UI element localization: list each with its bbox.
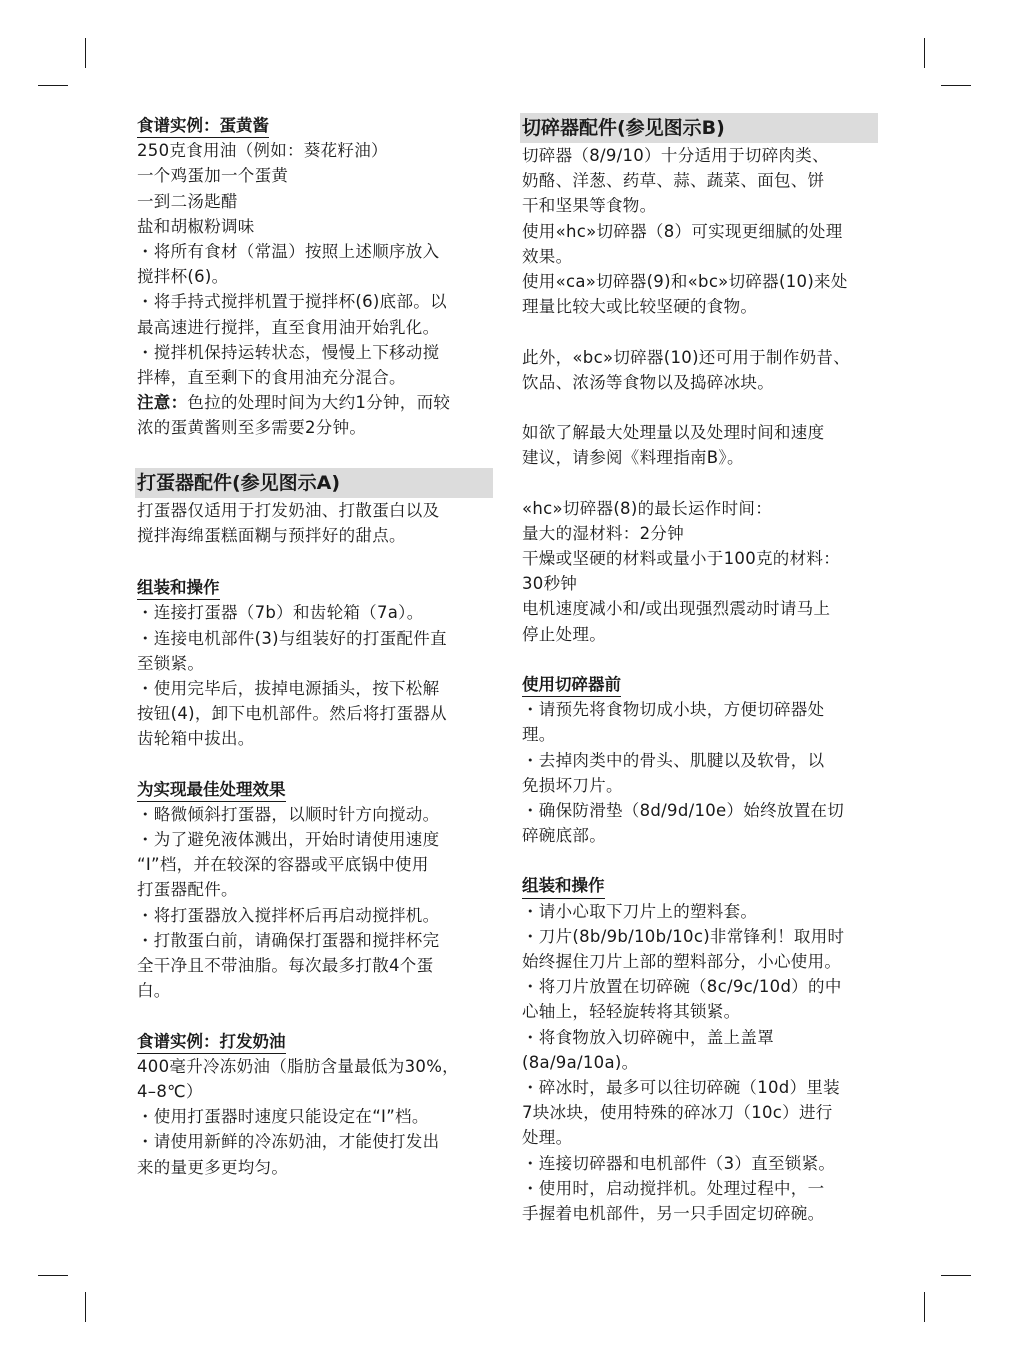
- chopper-before-line: ・去掉肉类中的骨头、肌腱以及软骨，以: [522, 748, 878, 773]
- whisk-section: 打蛋器配件(参见图示A) 打蛋器仅适用于打发奶油、打散蛋白以及 搅拌海绵蛋糕面糊…: [137, 468, 493, 1180]
- note-text: 色拉的处理时间为大约1分钟，而较: [187, 393, 450, 412]
- chopper-intro-line: 奶酪、洋葱、药草、蒜、蔬菜、面包、饼: [522, 168, 878, 193]
- right-column: 切碎器配件(参见图示B) 切碎器（8/9/10）十分适用于切碎肉类、 奶酪、洋葱…: [522, 113, 878, 1226]
- mayo-line: ・搅拌机保持运转状态，慢慢上下移动搅: [137, 340, 493, 365]
- chopper-guide-line: 建议，请参阅《料理指南B》。: [522, 445, 878, 470]
- whisk-intro-line: 打蛋器仅适用于打发奶油、打散蛋白以及: [137, 498, 493, 523]
- chopper-assembly-line: ・连接切碎器和电机部件（3）直至锁紧。: [522, 1151, 878, 1176]
- cream-line: ・请使用新鲜的冷冻奶油，才能使打发出: [137, 1129, 493, 1154]
- chopper-runtime-line: «hc»切碎器(8)的最长运作时间：: [522, 496, 878, 521]
- whisk-assembly-line: ・连接电机部件(3)与组装好的打蛋配件直: [137, 626, 493, 651]
- chopper-extra-line: 此外，«bc»切碎器(10)还可用于制作奶昔、: [522, 345, 878, 370]
- chopper-intro-line: 效果。: [522, 244, 878, 269]
- mayo-line: ・将手持式搅拌机置于搅拌杯(6)底部。以: [137, 289, 493, 314]
- whisk-best-line: ・将打蛋器放入搅拌杯后再启动搅拌机。: [137, 903, 493, 928]
- mayo-note: 注意：色拉的处理时间为大约1分钟，而较: [137, 390, 493, 415]
- chopper-intro-line: 切碎器（8/9/10）十分适用于切碎肉类、: [522, 143, 878, 168]
- chopper-assembly-line: 始终握住刀片上部的塑料部分，小心使用。: [522, 949, 878, 974]
- whisk-intro-line: 搅拌海绵蛋糕面糊与预拌好的甜点。: [137, 523, 493, 548]
- chopper-assembly-line: ・使用时，启动搅拌机。处理过程中，一: [522, 1176, 878, 1201]
- chopper-intro-line: 使用«ca»切碎器(9)和«bc»切碎器(10)来处: [522, 269, 878, 294]
- whisk-assembly-line: ・连接打蛋器（7b）和齿轮箱（7a）。: [137, 600, 493, 625]
- whisk-best-line: ・为了避免液体溅出，开始时请使用速度: [137, 827, 493, 852]
- whisk-best-line: 全干净且不带油脂。每次最多打散4个蛋: [137, 953, 493, 978]
- whisk-best-line: ・略微倾斜打蛋器，以顺时针方向搅动。: [137, 802, 493, 827]
- chopper-section-title: 切碎器配件(参见图示B): [520, 113, 878, 143]
- chopper-guide-line: 如欲了解最大处理量以及处理时间和速度: [522, 420, 878, 445]
- whisk-section-title: 打蛋器配件(参见图示A): [135, 468, 493, 498]
- mayo-recipe: 食谱实例：蛋黄酱 250克食用油（例如：葵花籽油） 一个鸡蛋加一个蛋黄 一到二汤…: [137, 113, 493, 440]
- chopper-assembly-line: ・碎冰时，最多可以往切碎碗（10d）里装: [522, 1075, 878, 1100]
- whisk-best-line: 打蛋器配件。: [137, 877, 493, 902]
- mayo-heading: 食谱实例：蛋黄酱: [137, 113, 269, 138]
- chopper-assembly-line: 7块冰块，使用特殊的碎冰刀（10c）进行: [522, 1100, 878, 1125]
- chopper-runtime-line: 干燥或坚硬的材料或量小于100克的材料：: [522, 546, 878, 571]
- crop-mark-bottom-right-vertical: [924, 1292, 925, 1322]
- chopper-assembly-line: ・将刀片放置在切碎碗（8c/9c/10d）的中: [522, 974, 878, 999]
- whisk-assembly-line: ・使用完毕后，拔掉电源插头，按下松解: [137, 676, 493, 701]
- mayo-line: 一个鸡蛋加一个蛋黄: [137, 163, 493, 188]
- mayo-line: 拌棒，直至剩下的食用油充分混合。: [137, 365, 493, 390]
- chopper-runtime-line: 量大的湿材料：2分钟: [522, 521, 878, 546]
- chopper-assembly-heading: 组装和操作: [522, 873, 605, 898]
- chopper-runtime-line: 电机速度减小和/或出现强烈震动时请马上: [522, 596, 878, 621]
- chopper-assembly-line: 手握着电机部件，另一只手固定切碎碗。: [522, 1201, 878, 1226]
- chopper-before-line: ・请预先将食物切成小块，方便切碎器处: [522, 697, 878, 722]
- chopper-assembly-line: ・请小心取下刀片上的塑料套。: [522, 899, 878, 924]
- chopper-runtime-line: 停止处理。: [522, 622, 878, 647]
- chopper-section: 切碎器配件(参见图示B) 切碎器（8/9/10）十分适用于切碎肉类、 奶酪、洋葱…: [522, 113, 878, 1226]
- chopper-intro-line: 理量比较大或比较坚硬的食物。: [522, 294, 878, 319]
- mayo-line: 一到二汤匙醋: [137, 189, 493, 214]
- crop-mark-bottom-left-vertical: [85, 1292, 86, 1322]
- whisk-assembly-line: 齿轮箱中拔出。: [137, 726, 493, 751]
- crop-mark-bottom-right-horizontal: [941, 1275, 971, 1276]
- mayo-note-cont: 浓的蛋黄酱则至多需要2分钟。: [137, 415, 493, 440]
- crop-mark-top-right-horizontal: [941, 85, 971, 86]
- left-column: 食谱实例：蛋黄酱 250克食用油（例如：葵花籽油） 一个鸡蛋加一个蛋黄 一到二汤…: [137, 113, 493, 1180]
- cream-line: 来的量更多更均匀。: [137, 1155, 493, 1180]
- whisk-best-heading: 为实现最佳处理效果: [137, 777, 286, 802]
- whisk-assembly-line: 至锁紧。: [137, 651, 493, 676]
- mayo-line: 盐和胡椒粉调味: [137, 214, 493, 239]
- crop-mark-bottom-left-horizontal: [38, 1275, 68, 1276]
- note-label: 注意：: [137, 393, 187, 412]
- cream-line: 400毫升冷冻奶油（脂肪含量最低为30%，: [137, 1054, 493, 1079]
- cream-line: 4–8℃）: [137, 1079, 493, 1104]
- chopper-assembly-line: 处理。: [522, 1125, 878, 1150]
- whisk-assembly-heading: 组装和操作: [137, 575, 220, 600]
- chopper-assembly-line: ・将食物放入切碎碗中，盖上盖罩: [522, 1025, 878, 1050]
- mayo-line: ・将所有食材（常温）按照上述顺序放入: [137, 239, 493, 264]
- chopper-runtime-line: 30秒钟: [522, 571, 878, 596]
- crop-mark-top-right-vertical: [924, 38, 925, 68]
- chopper-before-line: 碎碗底部。: [522, 823, 878, 848]
- chopper-before-line: ・确保防滑垫（8d/9d/10e）始终放置在切: [522, 798, 878, 823]
- whisk-best-line: ・打散蛋白前，请确保打蛋器和搅拌杯完: [137, 928, 493, 953]
- whisk-best-line: 白。: [137, 978, 493, 1003]
- mayo-line: 250克食用油（例如：葵花籽油）: [137, 138, 493, 163]
- whisk-best-line: “I”档，并在较深的容器或平底锅中使用: [137, 852, 493, 877]
- crop-mark-top-left-vertical: [85, 38, 86, 68]
- crop-mark-top-left-horizontal: [38, 85, 68, 86]
- chopper-assembly-line: 心轴上，轻轻旋转将其锁紧。: [522, 999, 878, 1024]
- chopper-extra-line: 饮品、浓汤等食物以及捣碎冰块。: [522, 370, 878, 395]
- mayo-line: 最高速进行搅拌，直至食用油开始乳化。: [137, 315, 493, 340]
- cream-recipe-heading: 食谱实例：打发奶油: [137, 1029, 286, 1054]
- chopper-intro-line: 使用«hc»切碎器（8）可实现更细腻的处理: [522, 219, 878, 244]
- chopper-before-line: 免损坏刀片。: [522, 773, 878, 798]
- chopper-intro-line: 干和坚果等食物。: [522, 193, 878, 218]
- whisk-assembly-line: 按钮(4)，卸下电机部件。然后将打蛋器从: [137, 701, 493, 726]
- mayo-line: 搅拌杯(6)。: [137, 264, 493, 289]
- chopper-assembly-line: (8a/9a/10a)。: [522, 1050, 878, 1075]
- cream-line: ・使用打蛋器时速度只能设定在“I”档。: [137, 1104, 493, 1129]
- chopper-before-heading: 使用切碎器前: [522, 672, 621, 697]
- chopper-before-line: 理。: [522, 722, 878, 747]
- chopper-assembly-line: ・刀片(8b/9b/10b/10c)非常锋利！取用时: [522, 924, 878, 949]
